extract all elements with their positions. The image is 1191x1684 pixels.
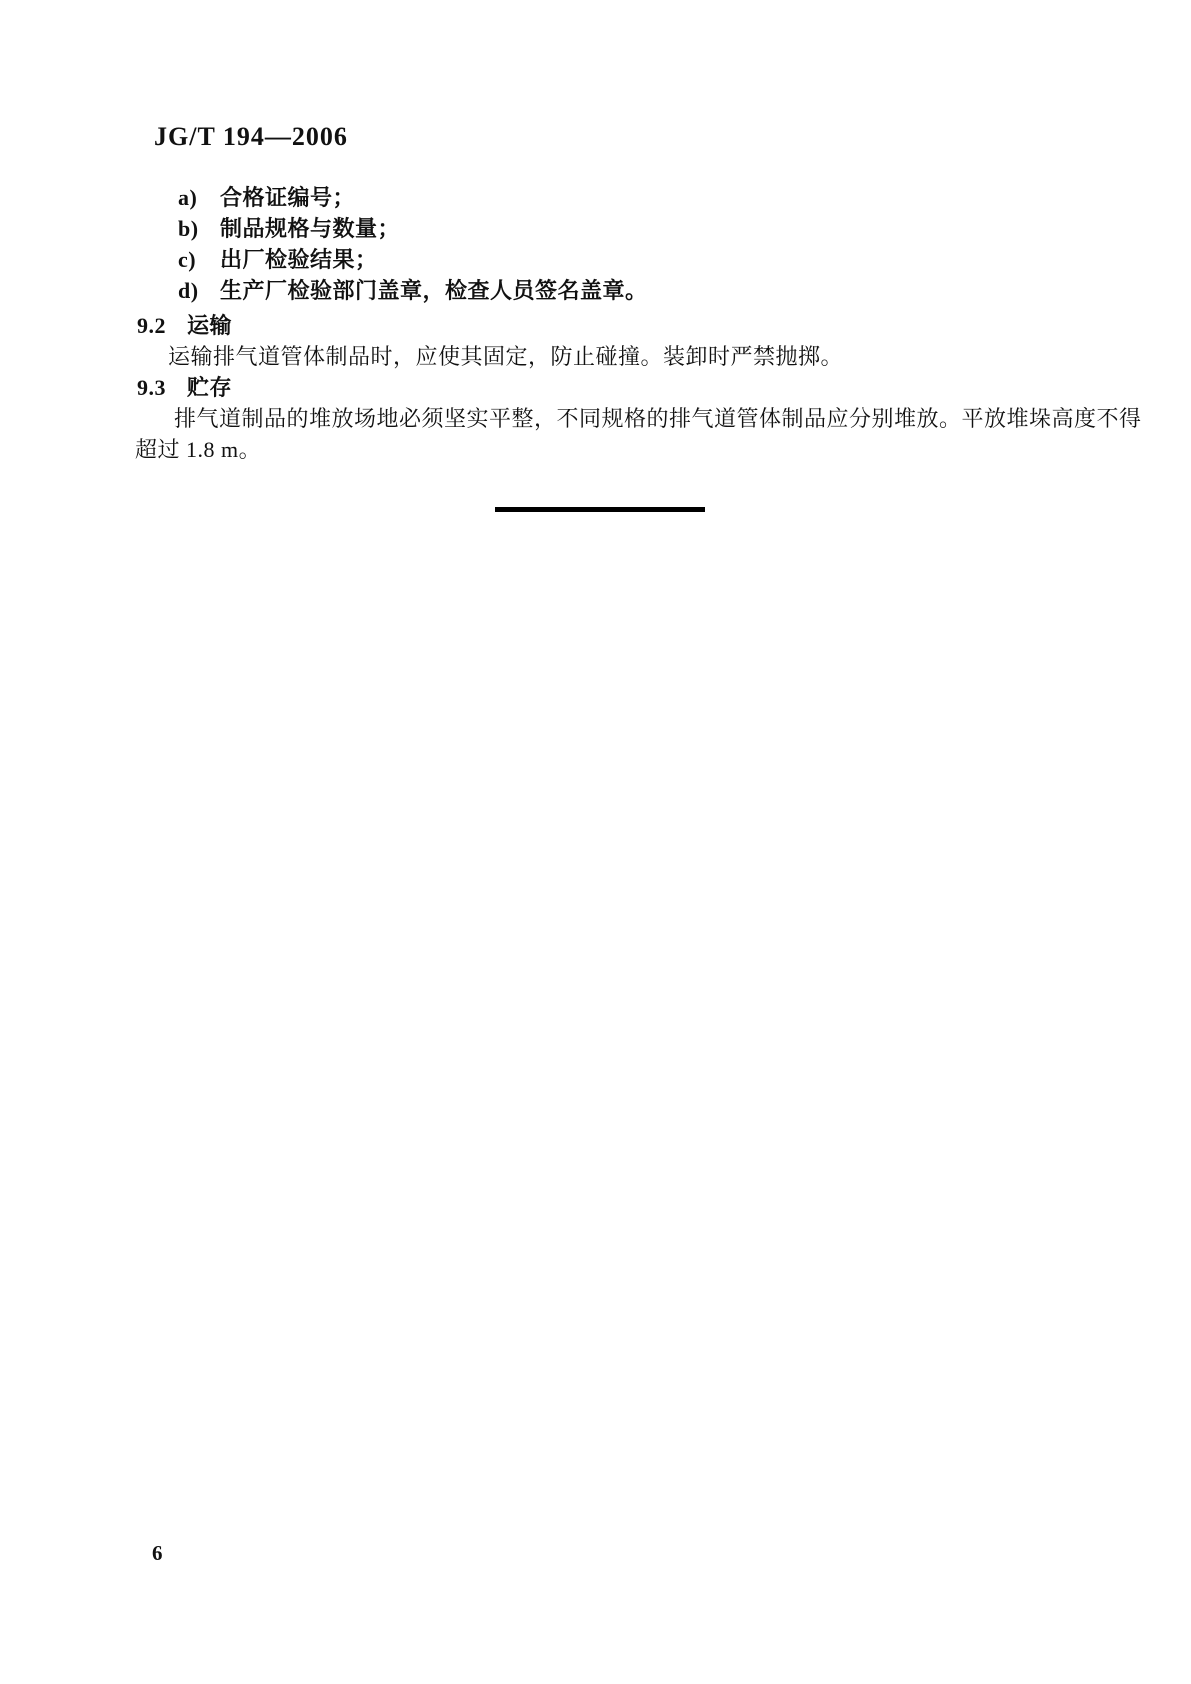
end-of-text-rule (495, 507, 705, 512)
list-item-text: 出厂检验结果； (220, 247, 378, 272)
list-item-letter: b) (178, 213, 220, 244)
document-page: JG/T 194—2006 a)合格证编号； b)制品规格与数量； c)出厂检验… (0, 0, 1191, 1684)
paragraph-line: 排气道制品的堆放场地必须坚实平整，不同规格的排气道管体制品应分别堆放。平放堆垛高… (135, 403, 1075, 434)
list-item-letter: d) (178, 275, 220, 306)
section-heading-9-2: 9.2运输 (137, 310, 232, 341)
section-heading-9-3: 9.3贮存 (137, 372, 232, 403)
section-9-2-paragraph: 运输排气道管体制品时，应使其固定，防止碰撞。装卸时严禁抛掷。 (135, 341, 1075, 372)
section-title: 运输 (187, 313, 232, 338)
list-item-letter: a) (178, 182, 220, 213)
list-item: b)制品规格与数量； (135, 213, 1085, 244)
section-number: 9.3 (137, 372, 187, 403)
enumerated-list: a)合格证编号； b)制品规格与数量； c)出厂检验结果； d)生产厂检验部门盖… (135, 182, 1085, 306)
list-item: c)出厂检验结果； (135, 244, 1085, 275)
section-number: 9.2 (137, 310, 187, 341)
page-number: 6 (152, 1541, 163, 1566)
section-title: 贮存 (187, 375, 232, 400)
list-item-text: 生产厂检验部门盖章，检查人员签名盖章。 (220, 278, 648, 303)
paragraph-line: 超过 1.8 m。 (135, 434, 1075, 465)
list-item-letter: c) (178, 244, 220, 275)
list-item-text: 合格证编号； (220, 185, 355, 210)
section-9-3-paragraph: 排气道制品的堆放场地必须坚实平整，不同规格的排气道管体制品应分别堆放。平放堆垛高… (135, 403, 1075, 465)
paragraph-line: 运输排气道管体制品时，应使其固定，防止碰撞。装卸时严禁抛掷。 (135, 341, 1075, 372)
standard-code-header: JG/T 194—2006 (154, 122, 348, 152)
list-item: d)生产厂检验部门盖章，检查人员签名盖章。 (135, 275, 1085, 306)
list-item-text: 制品规格与数量； (220, 216, 400, 241)
list-item: a)合格证编号； (135, 182, 1085, 213)
